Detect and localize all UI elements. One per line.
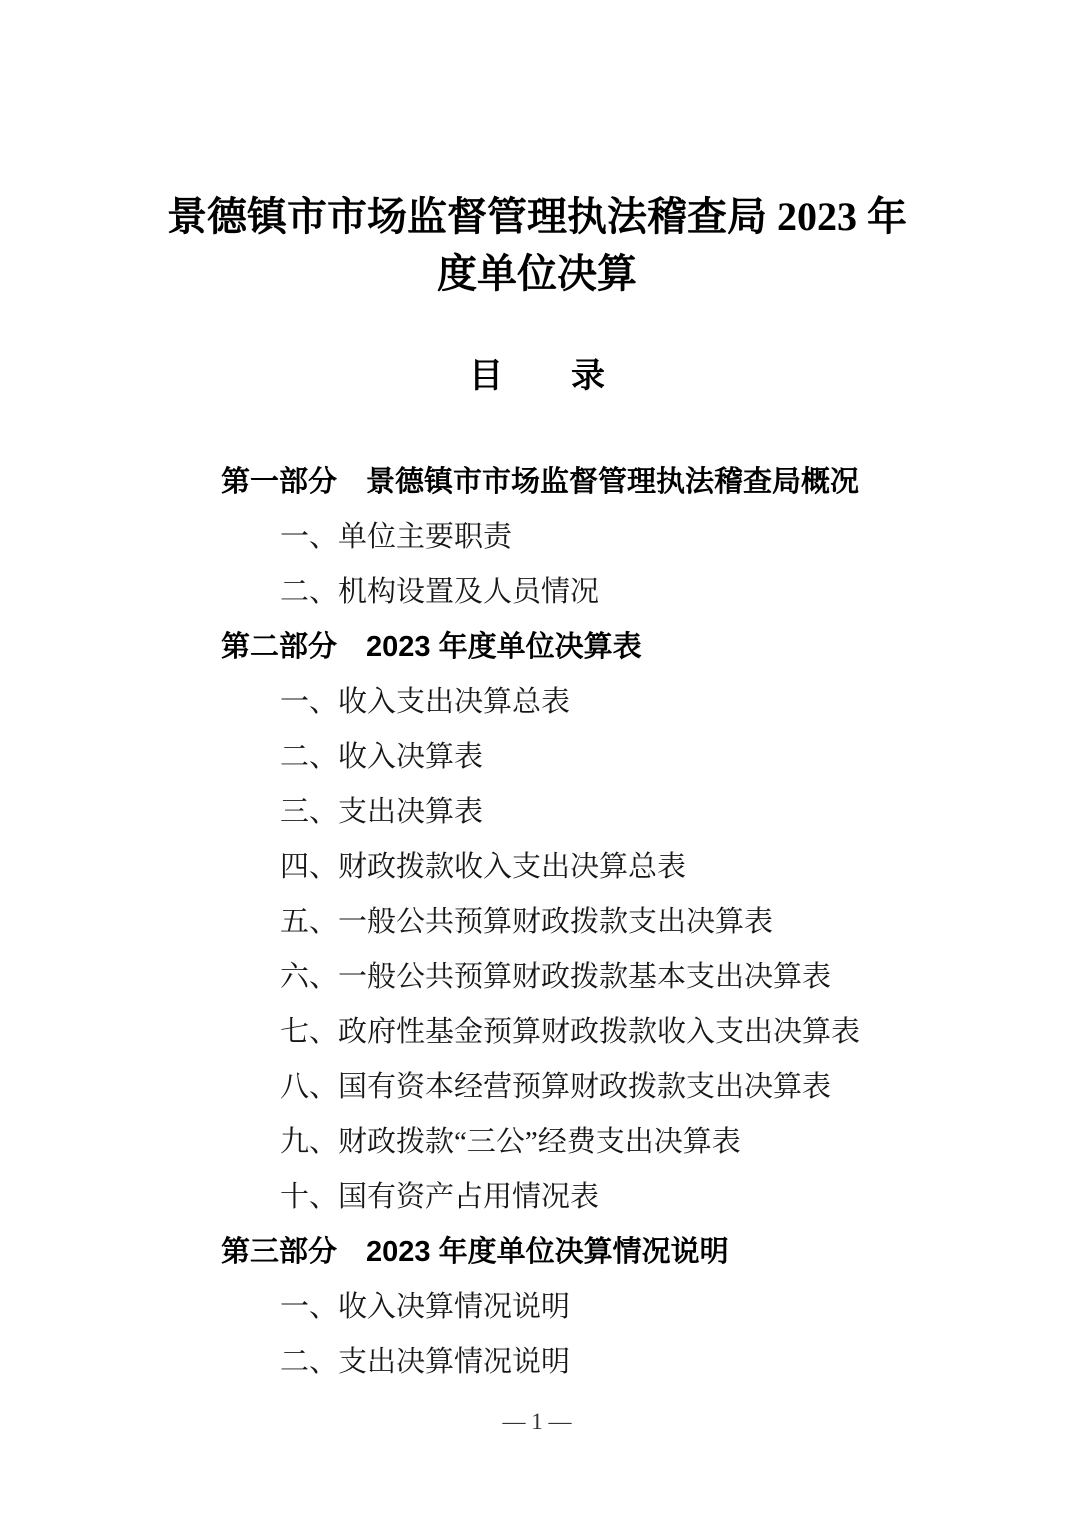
toc-item: 七、政府性基金预算财政拨款收入支出决算表: [0, 1005, 1074, 1060]
toc-item: 八、国有资本经营预算财政拨款支出决算表: [0, 1060, 1074, 1115]
toc-item: 四、财政拨款收入支出决算总表: [0, 840, 1074, 895]
document-title-line1: 景德镇市市场监督管理执法稽查局 2023 年: [90, 188, 984, 245]
toc-item: 一、收入支出决算总表: [0, 675, 1074, 730]
toc-heading: 目 录: [0, 353, 1074, 401]
toc-item: 二、机构设置及人员情况: [0, 565, 1074, 620]
document-page: 景德镇市市场监督管理执法稽查局 2023 年 度单位决算 目 录 第一部分 景德…: [0, 0, 1074, 1520]
toc-item: 五、一般公共预算财政拨款支出决算表: [0, 895, 1074, 950]
document-title-line2: 度单位决算: [90, 245, 984, 302]
toc-item: 六、一般公共预算财政拨款基本支出决算表: [0, 950, 1074, 1005]
toc-item: 九、财政拨款“三公”经费支出决算表: [0, 1115, 1074, 1170]
toc-item: 三、支出决算表: [0, 785, 1074, 840]
toc-item: 二、支出决算情况说明: [0, 1335, 1074, 1390]
page-number: — 1 —: [0, 1406, 1074, 1438]
toc-item: 一、收入决算情况说明: [0, 1280, 1074, 1335]
toc-item: 十、国有资产占用情况表: [0, 1170, 1074, 1225]
toc-item: 二、收入决算表: [0, 730, 1074, 785]
toc-section-heading-part3: 第三部分 2023 年度单位决算情况说明: [0, 1225, 1074, 1280]
toc-section-heading-part1: 第一部分 景德镇市市场监督管理执法稽查局概况: [0, 455, 1074, 510]
document-title: 景德镇市市场监督管理执法稽查局 2023 年 度单位决算: [90, 188, 984, 302]
table-of-contents: 第一部分 景德镇市市场监督管理执法稽查局概况 一、单位主要职责 二、机构设置及人…: [0, 455, 1074, 1390]
toc-item: 一、单位主要职责: [0, 510, 1074, 565]
toc-section-heading-part2: 第二部分 2023 年度单位决算表: [0, 620, 1074, 675]
